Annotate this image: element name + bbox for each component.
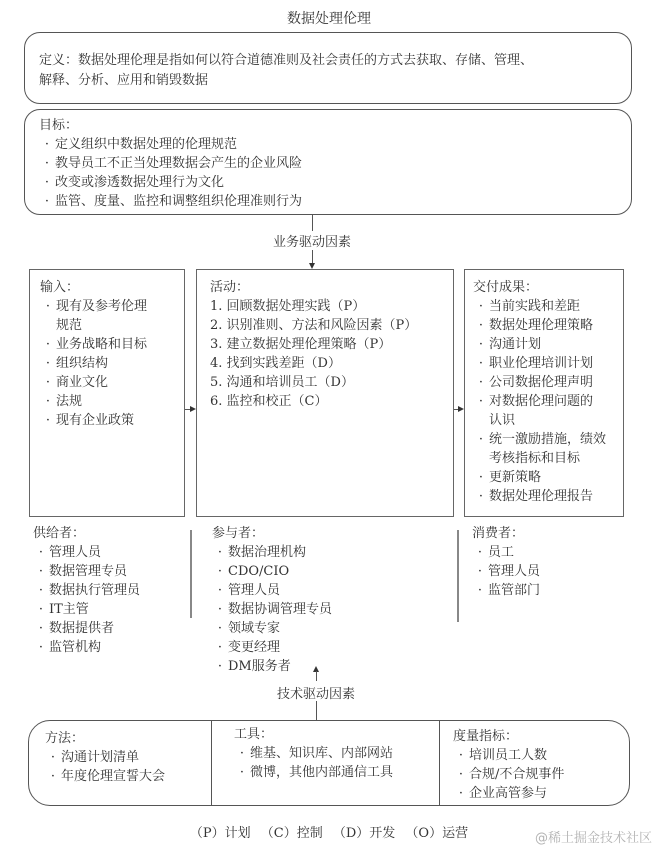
participant-item: CDO/CIO: [212, 562, 332, 581]
metrics-label: 度量指标：: [453, 727, 564, 746]
participant-item: 数据协调管理专员: [212, 600, 332, 619]
input-item: 现有及参考伦理: [40, 297, 147, 316]
deliverable-item: 公司数据伦理声明: [473, 373, 606, 392]
goal-item: 教导员工不正当处理数据会产生的企业风险: [39, 154, 302, 173]
supplier-item: 监管机构: [33, 638, 140, 657]
separator: [211, 721, 212, 805]
activities-label: 活动：: [210, 278, 417, 297]
definition-box: 定义：数据处理伦理是指如何以符合道德准则及社会责任的方式去获取、存储、管理、 解…: [24, 32, 632, 104]
deliverable-item: 更新策略: [473, 468, 606, 487]
supplier-item: 数据提供者: [33, 619, 140, 638]
separator: [190, 530, 192, 618]
metric-item: 企业高管参与: [453, 784, 564, 803]
deliverable-item-continuation: 考核指标和目标: [473, 449, 606, 468]
separator: [439, 721, 440, 805]
input-item: 现有企业政策: [40, 411, 147, 430]
deliverable-item: 沟通计划: [473, 335, 606, 354]
supplier-item: 管理人员: [33, 543, 140, 562]
deliverables-box: 交付成果： 当前实践和差距 数据处理伦理策略 沟通计划 职业伦理培训计划 公司数…: [464, 269, 624, 517]
separator: [457, 530, 459, 622]
activity-item: 1. 回顾数据处理实践（P）: [210, 297, 417, 316]
deliverable-item: 职业伦理培训计划: [473, 354, 606, 373]
method-item: 沟通计划清单: [45, 748, 165, 767]
tool-item: 微博，其他内部通信工具: [234, 763, 393, 782]
consumers-label: 消费者：: [472, 524, 540, 543]
technical-driver-line-bottom: [316, 701, 317, 721]
deliverable-item: 对数据伦理问题的: [473, 392, 606, 411]
input-item: 业务战略和目标: [40, 335, 147, 354]
deliverable-item: 统一激励措施，绩效: [473, 430, 606, 449]
activity-item: 3. 建立数据处理伦理策略（P）: [210, 335, 417, 354]
suppliers-label: 供给者：: [33, 524, 140, 543]
metric-item: 培训员工人数: [453, 746, 564, 765]
deliverable-item: 数据处理伦理策略: [473, 316, 606, 335]
inputs-label: 输入：: [40, 278, 147, 297]
technical-driver-line-top: [316, 671, 317, 681]
tools-section: 工具： 维基、知识库、内部网站 微博，其他内部通信工具: [234, 725, 393, 782]
participant-item: 变更经理: [212, 638, 332, 657]
consumer-item: 员工: [472, 543, 540, 562]
deliverables-label: 交付成果：: [473, 278, 606, 297]
goal-item: 定义组织中数据处理的伦理规范: [39, 135, 302, 154]
business-drivers-label: 业务驱动因素: [262, 231, 362, 250]
tool-item: 维基、知识库、内部网站: [234, 744, 393, 763]
enablers-box: 方法： 沟通计划清单 年度伦理宣誓大会 工具： 维基、知识库、内部网站 微博，其…: [28, 720, 630, 806]
deliverable-item: 当前实践和差距: [473, 297, 606, 316]
supplier-item: IT主管: [33, 600, 140, 619]
activity-item: 5. 沟通和培训员工（D）: [210, 373, 417, 392]
methods-label: 方法：: [45, 729, 165, 748]
tools-label: 工具：: [234, 725, 393, 744]
goal-item: 改变或渗透数据处理行为文化: [39, 173, 302, 192]
input-item: 组织结构: [40, 354, 147, 373]
input-item: 商业文化: [40, 373, 147, 392]
metrics-section: 度量指标： 培训员工人数 合规/不合规事件 企业高管参与: [453, 727, 564, 803]
goal-item: 监管、度量、监控和调整组织伦理准则行为: [39, 192, 302, 211]
supplier-item: 数据管理专员: [33, 562, 140, 581]
methods-section: 方法： 沟通计划清单 年度伦理宣誓大会: [45, 729, 165, 786]
inputs-box: 输入： 现有及参考伦理 规范 业务战略和目标 组织结构 商业文化 法规 现有企业…: [29, 269, 185, 517]
deliverable-item: 数据处理伦理报告: [473, 487, 606, 506]
participant-item: 领域专家: [212, 619, 332, 638]
watermark: @稀土掘金技术社区: [535, 827, 652, 846]
business-driver-line-bottom: [312, 250, 313, 264]
activity-item: 4. 找到实践差距（D）: [210, 354, 417, 373]
deliverable-item-continuation: 认识: [473, 411, 606, 430]
suppliers-section: 供给者： 管理人员 数据管理专员 数据执行管理员 IT主管 数据提供者 监管机构: [33, 524, 140, 657]
goals-label: 目标：: [39, 116, 302, 135]
consumer-item: 监管部门: [472, 581, 540, 600]
participants-section: 参与者： 数据治理机构 CDO/CIO 管理人员 数据协调管理专员 领域专家 变…: [212, 524, 332, 676]
participant-item: 数据治理机构: [212, 543, 332, 562]
participants-label: 参与者：: [212, 524, 332, 543]
participant-item: 管理人员: [212, 581, 332, 600]
technical-drivers-label: 技术驱动因素: [266, 683, 366, 702]
input-item-continuation: 规范: [40, 316, 147, 335]
definition-line-2: 解释、分析、应用和销毁数据: [39, 71, 208, 90]
activity-item: 2. 识别准则、方法和风险因素（P）: [210, 316, 417, 335]
metric-item: 合规/不合规事件: [453, 765, 564, 784]
supplier-item: 数据执行管理员: [33, 581, 140, 600]
goals-box: 目标： 定义组织中数据处理的伦理规范 教导员工不正当处理数据会产生的企业风险 改…: [24, 109, 632, 215]
input-item: 法规: [40, 392, 147, 411]
method-item: 年度伦理宣誓大会: [45, 767, 165, 786]
diagram-title: 数据处理伦理: [0, 8, 658, 28]
definition-line-1: 定义：数据处理伦理是指如何以符合道德准则及社会责任的方式去获取、存储、管理、: [39, 51, 533, 70]
consumers-section: 消费者： 员工 管理人员 监管部门: [472, 524, 540, 600]
activity-item: 6. 监控和校正（C）: [210, 392, 417, 411]
consumer-item: 管理人员: [472, 562, 540, 581]
activities-box: 活动： 1. 回顾数据处理实践（P） 2. 识别准则、方法和风险因素（P） 3.…: [196, 269, 454, 517]
